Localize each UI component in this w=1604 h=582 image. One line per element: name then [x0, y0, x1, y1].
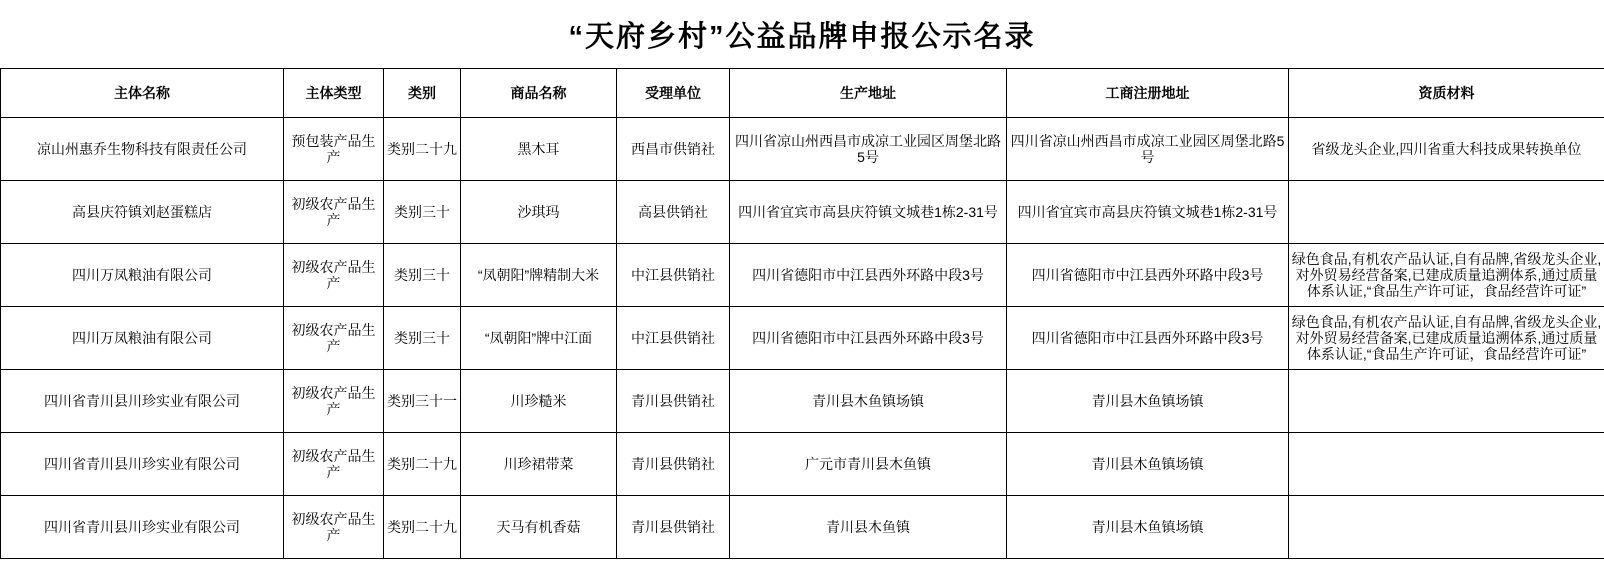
cell-accepting-unit: 青川县供销社	[617, 370, 730, 433]
cell-production-address: 四川省宜宾市高县庆符镇文城巷1栋2-31号	[730, 181, 1007, 244]
cell-entity-type: 初级农产品生产	[284, 244, 384, 307]
cell-qualification-materials: 绿色食品,有机农产品认证,自有品牌,省级龙头企业,对外贸易经营备案,已建成质量追…	[1289, 307, 1604, 370]
table-row: 四川省青川县川珍实业有限公司 初级农产品生产 类别二十九 川珍裙带菜 青川县供销…	[1, 433, 1604, 496]
cell-accepting-unit: 青川县供销社	[617, 496, 730, 559]
cell-registered-address: 四川省德阳市中江县西外环路中段3号	[1007, 307, 1289, 370]
cell-qualification-materials	[1289, 433, 1604, 496]
table-row: 四川万凤粮油有限公司 初级农产品生产 类别三十 “凤朝阳”牌中江面 中江县供销社…	[1, 307, 1604, 370]
cell-accepting-unit: 中江县供销社	[617, 307, 730, 370]
cell-entity-name: 四川省青川县川珍实业有限公司	[1, 496, 284, 559]
cell-product-name: 川珍裙带菜	[461, 433, 617, 496]
table-row: 高县庆符镇刘赵蛋糕店 初级农产品生产 类别三十 沙琪玛 高县供销社 四川省宜宾市…	[1, 181, 1604, 244]
cell-registered-address: 青川县木鱼镇场镇	[1007, 433, 1289, 496]
cell-production-address: 青川县木鱼镇场镇	[730, 370, 1007, 433]
header-cell-production-address: 生产地址	[730, 69, 1007, 118]
cell-entity-type: 初级农产品生产	[284, 496, 384, 559]
cell-qualification-materials	[1289, 181, 1604, 244]
cell-product-name: 川珍糙米	[461, 370, 617, 433]
table-body: 凉山州惠乔生物科技有限责任公司 预包装产品生产 类别二十九 黑木耳 西昌市供销社…	[1, 118, 1604, 559]
cell-category: 类别三十	[384, 244, 461, 307]
cell-production-address: 四川省德阳市中江县西外环路中段3号	[730, 244, 1007, 307]
cell-qualification-materials	[1289, 496, 1604, 559]
cell-accepting-unit: 西昌市供销社	[617, 118, 730, 181]
table-header: 主体名称 主体类型 类别 商品名称 受理单位 生产地址 工商注册地址 资质材料	[1, 69, 1604, 118]
header-cell-entity-type: 主体类型	[284, 69, 384, 118]
cell-category: 类别三十一	[384, 370, 461, 433]
cell-registered-address: 青川县木鱼镇场镇	[1007, 370, 1289, 433]
table-row: 四川省青川县川珍实业有限公司 初级农产品生产 类别二十九 天马有机香菇 青川县供…	[1, 496, 1604, 559]
cell-category: 类别二十九	[384, 496, 461, 559]
cell-entity-type: 初级农产品生产	[284, 370, 384, 433]
header-cell-category: 类别	[384, 69, 461, 118]
cell-qualification-materials: 省级龙头企业,四川省重大科技成果转换单位	[1289, 118, 1604, 181]
cell-production-address: 四川省凉山州西昌市成凉工业园区周堡北路5号	[730, 118, 1007, 181]
cell-registered-address: 青川县木鱼镇场镇	[1007, 496, 1289, 559]
cell-registered-address: 四川省宜宾市高县庆符镇文城巷1栋2-31号	[1007, 181, 1289, 244]
cell-entity-name: 凉山州惠乔生物科技有限责任公司	[1, 118, 284, 181]
header-cell-entity-name: 主体名称	[1, 69, 284, 118]
cell-entity-type: 初级农产品生产	[284, 307, 384, 370]
cell-production-address: 广元市青川县木鱼镇	[730, 433, 1007, 496]
cell-entity-name: 四川万凤粮油有限公司	[1, 244, 284, 307]
cell-production-address: 四川省德阳市中江县西外环路中段3号	[730, 307, 1007, 370]
table-row: 凉山州惠乔生物科技有限责任公司 预包装产品生产 类别二十九 黑木耳 西昌市供销社…	[1, 118, 1604, 181]
cell-entity-name: 四川省青川县川珍实业有限公司	[1, 370, 284, 433]
cell-product-name: “凤朝阳”牌精制大米	[461, 244, 617, 307]
cell-entity-name: 四川省青川县川珍实业有限公司	[1, 433, 284, 496]
cell-entity-type: 预包装产品生产	[284, 118, 384, 181]
header-cell-qualification-materials: 资质材料	[1289, 69, 1604, 118]
cell-qualification-materials	[1289, 370, 1604, 433]
cell-entity-type: 初级农产品生产	[284, 433, 384, 496]
cell-category: 类别二十九	[384, 118, 461, 181]
notice-table: 主体名称 主体类型 类别 商品名称 受理单位 生产地址 工商注册地址 资质材料 …	[0, 68, 1604, 559]
header-cell-product-name: 商品名称	[461, 69, 617, 118]
cell-category: 类别三十	[384, 307, 461, 370]
cell-accepting-unit: 中江县供销社	[617, 244, 730, 307]
cell-category: 类别三十	[384, 181, 461, 244]
cell-entity-name: 高县庆符镇刘赵蛋糕店	[1, 181, 284, 244]
cell-product-name: 沙琪玛	[461, 181, 617, 244]
cell-accepting-unit: 青川县供销社	[617, 433, 730, 496]
page: “天府乡村”公益品牌申报公示名录 主体名称 主体类型 类别 商品名称 受理单位 …	[0, 0, 1604, 582]
cell-category: 类别二十九	[384, 433, 461, 496]
cell-product-name: 天马有机香菇	[461, 496, 617, 559]
cell-qualification-materials: 绿色食品,有机农产品认证,自有品牌,省级龙头企业,对外贸易经营备案,已建成质量追…	[1289, 244, 1604, 307]
cell-product-name: 黑木耳	[461, 118, 617, 181]
cell-entity-name: 四川万凤粮油有限公司	[1, 307, 284, 370]
cell-production-address: 青川县木鱼镇	[730, 496, 1007, 559]
header-cell-accepting-unit: 受理单位	[617, 69, 730, 118]
page-title: “天府乡村”公益品牌申报公示名录	[0, 0, 1604, 68]
table-row: 四川省青川县川珍实业有限公司 初级农产品生产 类别三十一 川珍糙米 青川县供销社…	[1, 370, 1604, 433]
header-row: 主体名称 主体类型 类别 商品名称 受理单位 生产地址 工商注册地址 资质材料	[1, 69, 1604, 118]
cell-product-name: “凤朝阳”牌中江面	[461, 307, 617, 370]
cell-registered-address: 四川省德阳市中江县西外环路中段3号	[1007, 244, 1289, 307]
header-cell-registered-address: 工商注册地址	[1007, 69, 1289, 118]
cell-entity-type: 初级农产品生产	[284, 181, 384, 244]
cell-accepting-unit: 高县供销社	[617, 181, 730, 244]
cell-registered-address: 四川省凉山州西昌市成凉工业园区周堡北路5号	[1007, 118, 1289, 181]
table-row: 四川万凤粮油有限公司 初级农产品生产 类别三十 “凤朝阳”牌精制大米 中江县供销…	[1, 244, 1604, 307]
